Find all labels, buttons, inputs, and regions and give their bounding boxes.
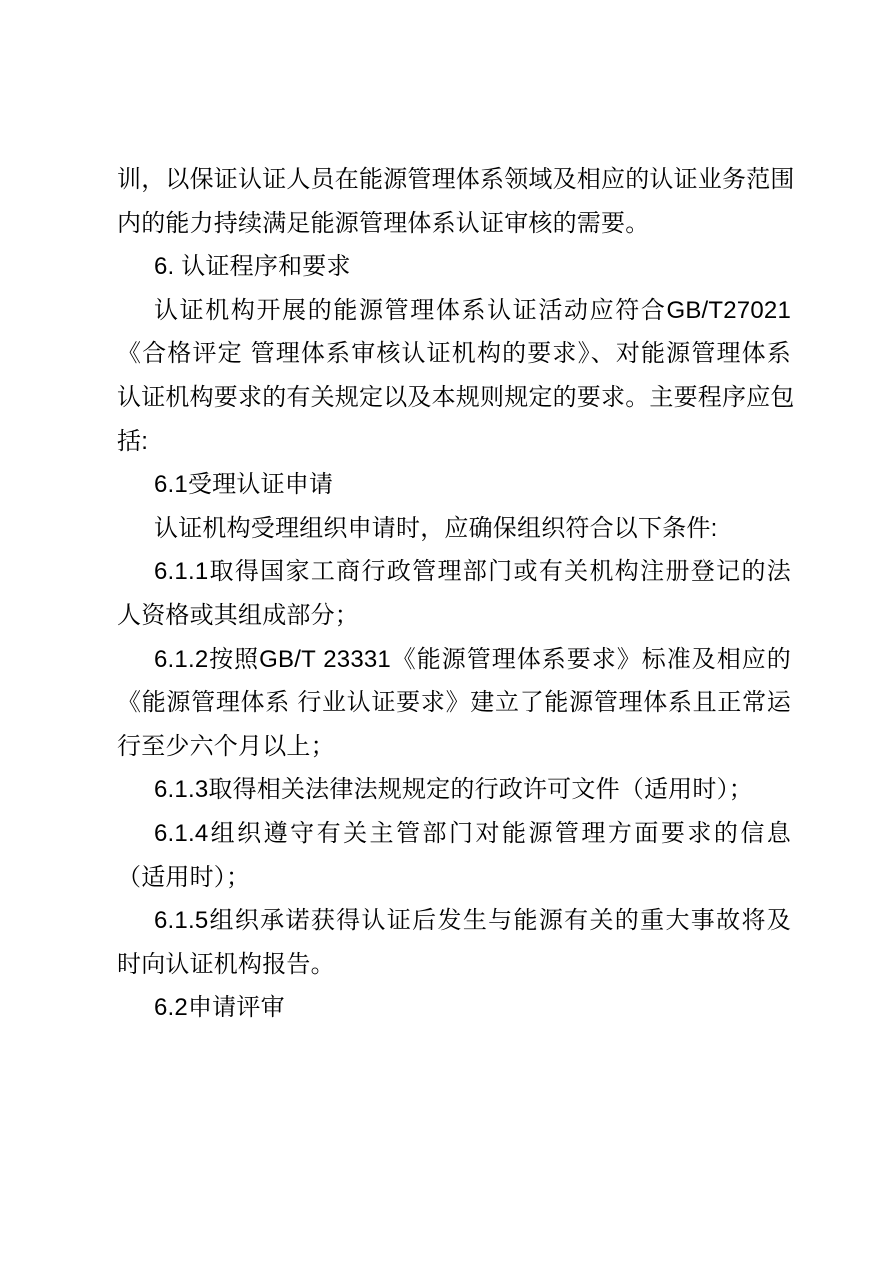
text-line: 6.1受理认证申请: [117, 463, 791, 507]
text-line: 括:: [117, 420, 791, 464]
text-line: 认证机构受理组织申请时，应确保组织符合以下条件:: [117, 507, 791, 551]
text-line: 6.1.2按照GB/T 23331《能源管理体系要求》标准及相应的: [117, 638, 791, 682]
text-line: 认证机构要求的有关规定以及本规则规定的要求。主要程序应包: [117, 376, 791, 420]
text-line: 训，以保证认证人员在能源管理体系领域及相应的认证业务范围: [117, 158, 791, 202]
text-line: 6. 认证程序和要求: [117, 245, 791, 289]
text-line: 内的能力持续满足能源管理体系认证审核的需要。: [117, 202, 791, 246]
text-line: 6.2申请评审: [117, 986, 791, 1030]
text-line: 6.1.5组织承诺获得认证后发生与能源有关的重大事故将及: [117, 899, 791, 943]
text-line: （适用时）；: [117, 856, 791, 900]
text-line: 认证机构开展的能源管理体系认证活动应符合GB/T27021: [117, 289, 791, 333]
text-line: 《能源管理体系 行业认证要求》建立了能源管理体系且正常运: [117, 681, 791, 725]
text-line: 《合格评定 管理体系审核认证机构的要求》、对能源管理体系: [117, 332, 791, 376]
text-line: 人资格或其组成部分；: [117, 594, 791, 638]
document-page: 训，以保证认证人员在能源管理体系领域及相应的认证业务范围内的能力持续满足能源管理…: [0, 0, 892, 1262]
text-line: 时向认证机构报告。: [117, 943, 791, 987]
text-line: 行至少六个月以上；: [117, 725, 791, 769]
text-line: 6.1.1取得国家工商行政管理部门或有关机构注册登记的法: [117, 550, 791, 594]
document-text-block: 训，以保证认证人员在能源管理体系领域及相应的认证业务范围内的能力持续满足能源管理…: [117, 158, 791, 1030]
text-line: 6.1.4组织遵守有关主管部门对能源管理方面要求的信息: [117, 812, 791, 856]
text-line: 6.1.3取得相关法律法规规定的行政许可文件（适用时）；: [117, 768, 791, 812]
